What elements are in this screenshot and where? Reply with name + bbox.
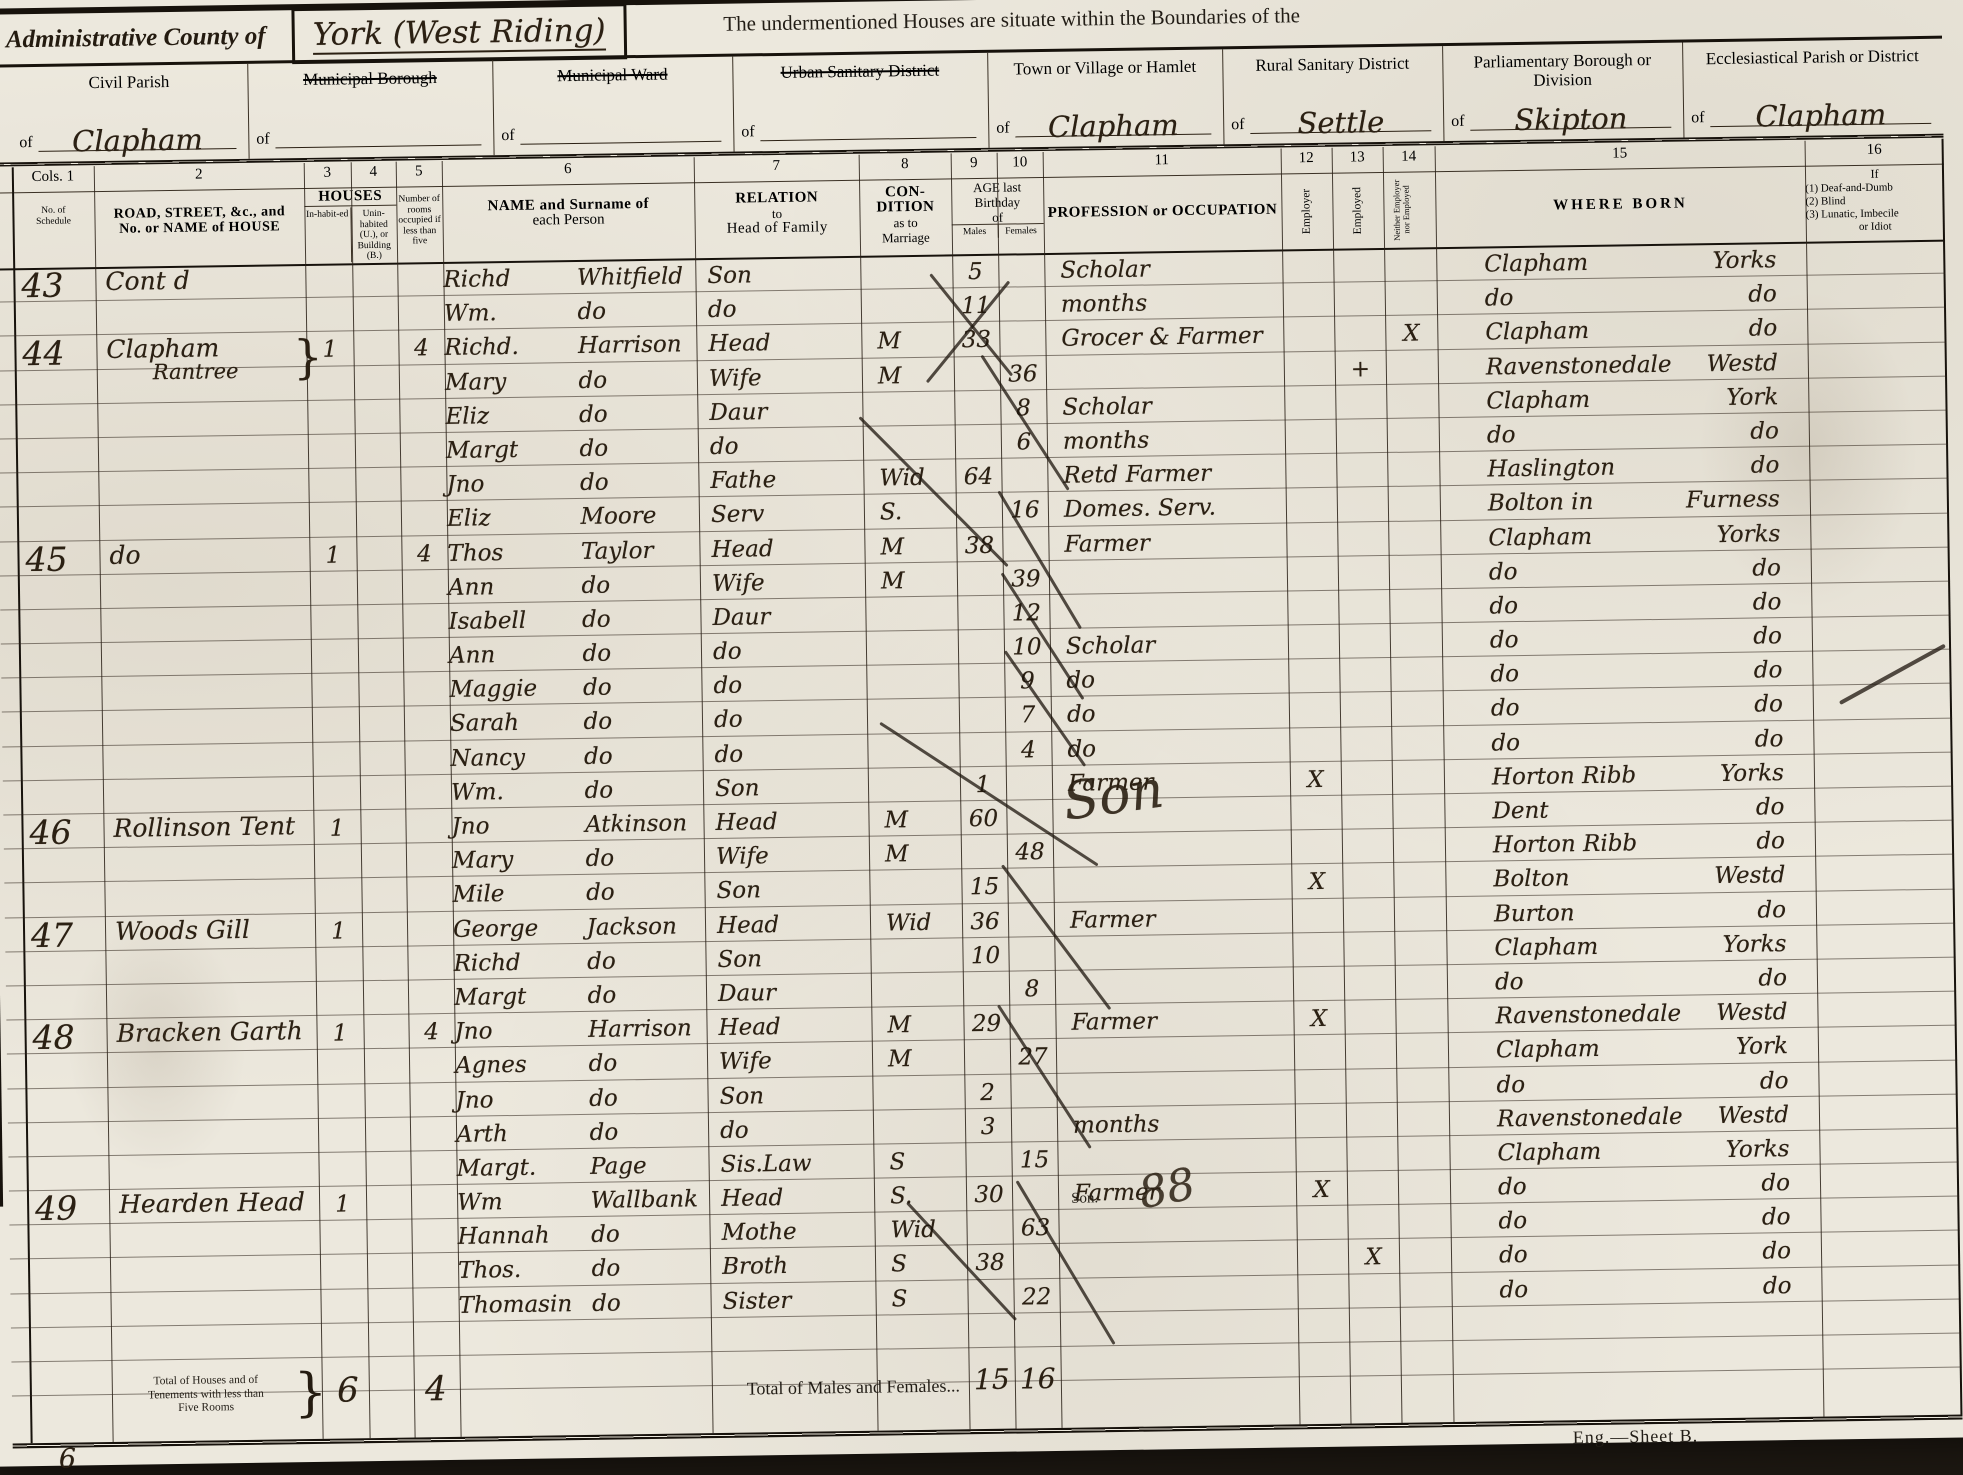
neither-mark (1395, 999, 1447, 1033)
houses-inhabited-value: 1 (319, 1186, 366, 1220)
rooms-value (404, 706, 450, 740)
age-female (1006, 766, 1052, 800)
employed-mark: X (1348, 1239, 1399, 1273)
houses-inhabited-value (320, 1255, 367, 1289)
houses-inhabited-value (312, 742, 359, 776)
houses-inhabited-value: 1 (309, 537, 356, 571)
rooms-value (407, 946, 453, 980)
employer-mark: X (1291, 864, 1342, 898)
relation-value: Head (709, 1179, 886, 1215)
surname: do (582, 640, 611, 669)
surname: do (584, 742, 613, 771)
house-cell (104, 879, 324, 915)
relation-value: do (698, 426, 875, 462)
schedule-number (17, 506, 107, 540)
schedule-number (29, 1327, 119, 1361)
house-cell (109, 1221, 329, 1257)
rooms-value (398, 296, 444, 330)
born-county: do (1754, 691, 1783, 720)
employed-mark (1333, 248, 1384, 282)
age-female (1007, 868, 1053, 902)
born-place: Bolton (1493, 865, 1569, 895)
schedule-number: 43 (13, 267, 103, 301)
relation-value: Head (703, 803, 880, 839)
location-parliamentary: Parliamentary Borough or Division of Ski… (1442, 43, 1684, 142)
age-male (958, 664, 1004, 698)
houses-inhabited-value (314, 879, 361, 913)
employed-mark (1344, 966, 1395, 1000)
employed-mark: + (1335, 351, 1386, 385)
age-female (1010, 1073, 1056, 1107)
rooms-value (407, 911, 453, 945)
col-number-1: Cols. 1 (12, 168, 94, 186)
born-place: Clapham (1485, 317, 1589, 348)
rooms-value: 4 (398, 330, 444, 364)
born-county: do (1763, 1272, 1792, 1301)
employed-mark (1337, 487, 1388, 521)
occupation-value: Farmer (1048, 523, 1302, 560)
neither-mark (1388, 486, 1440, 520)
header-employer: Employer (1281, 173, 1333, 250)
born-place: Clapham (1484, 249, 1588, 280)
houses-total-label: Total of Houses and of Tenements with le… (116, 1373, 297, 1416)
occupation-value (1046, 352, 1300, 389)
rooms-value (412, 1287, 458, 1321)
employed-mark (1336, 453, 1387, 487)
schedule-number (18, 575, 108, 609)
house-cell: ClaphamRantree} (96, 332, 316, 368)
relation-value: Wife (704, 837, 881, 873)
employed-mark (1339, 624, 1390, 658)
schedule-number (26, 1156, 116, 1190)
neither-mark (1390, 623, 1442, 657)
schedule-number (20, 746, 110, 780)
rooms-value (413, 1322, 459, 1356)
age-male (961, 835, 1007, 869)
born-place: do (1498, 1207, 1527, 1236)
relation-value: do (696, 290, 873, 326)
born-county: Yorks (1720, 759, 1784, 789)
age-female (1011, 1108, 1057, 1142)
born-place: do (1485, 284, 1514, 313)
born-place: Clapham (1486, 386, 1590, 417)
forename: Jno (455, 1084, 589, 1115)
age-female (1008, 937, 1054, 971)
neither-mark (1386, 350, 1438, 384)
occupation-value (1053, 865, 1307, 902)
neither-mark (1395, 965, 1447, 999)
of-prefix: of (1691, 109, 1705, 127)
location-label: Rural Sanitary District (1222, 53, 1442, 75)
house-cell: Cont d (95, 264, 315, 300)
relation-value: Wife (700, 563, 877, 599)
house-cell (110, 1255, 330, 1291)
where-born: RavenstonedaleWestd (1447, 994, 1817, 1032)
neither-mark (1400, 1307, 1452, 1341)
rooms-value (403, 638, 449, 672)
employed-mark (1341, 761, 1392, 795)
surname: do (586, 879, 615, 908)
forename: Richd (453, 948, 587, 979)
header-rooms: Number of rooms occupied if less than fi… (396, 186, 443, 271)
house-name: Hearden Head (119, 1187, 305, 1219)
employed-mark (1334, 282, 1385, 316)
forename: Sarah (450, 708, 584, 739)
where-born: Dentdo (1444, 789, 1814, 827)
relation-value (711, 1315, 888, 1351)
employer-mark (1288, 625, 1339, 659)
occupation-value (1059, 1241, 1313, 1278)
col-number-8: 8 (859, 155, 951, 173)
where-born: BoltonWestd (1445, 857, 1815, 895)
location-label: Civil Parish (10, 71, 247, 94)
sheet-label: Eng.—Sheet B. (1573, 1425, 1699, 1448)
age-male: 2 (964, 1074, 1010, 1108)
person-name: Elizdo (445, 395, 697, 432)
schedule-number (15, 370, 105, 404)
employed-mark (1346, 1103, 1397, 1137)
employer-mark (1294, 1069, 1345, 1103)
schedule-number (27, 1224, 117, 1258)
occupation-value: Scholar (1044, 249, 1298, 286)
employer-mark (1295, 1138, 1346, 1172)
house-cell (104, 845, 324, 881)
header-uninhabited: Unin-habited (U.), or Building (B.) (350, 207, 397, 262)
forename: Isabell (448, 606, 582, 637)
location-town-village: Town or Village or Hamlet of Clapham (987, 49, 1224, 147)
rooms-value (403, 672, 449, 706)
employer-mark (1285, 420, 1336, 454)
house-name-line2 (110, 567, 320, 570)
rooms-value (402, 604, 448, 638)
houses-inhabited-value (316, 981, 363, 1015)
forename: Richd. (444, 332, 578, 363)
employed-mark (1338, 556, 1389, 590)
age-male (959, 732, 1005, 766)
where-born: ClaphamYorks (1436, 242, 1806, 280)
houses-inhabited-value (314, 844, 361, 878)
occupation-value: Scholar (1050, 625, 1304, 662)
occupation-value: do (1050, 659, 1304, 696)
where-born: dodo (1443, 686, 1813, 724)
born-county: do (1762, 1203, 1791, 1232)
employed-mark (1345, 1068, 1396, 1102)
born-county: do (1762, 1237, 1791, 1266)
person-name: Isabelldo (448, 600, 700, 637)
location-label: Ecclesiastical Parish or District (1682, 46, 1942, 69)
forename: Wm. (451, 777, 585, 808)
age-male (958, 630, 1004, 664)
person-name: Anndo (448, 566, 700, 603)
house-cell (101, 674, 321, 710)
forename: Jno (446, 469, 580, 500)
person-name: Wm.do (444, 292, 696, 329)
schedule-number: 49 (27, 1190, 117, 1224)
born-county: do (1760, 1067, 1789, 1096)
houses-inhabited-value (308, 434, 355, 468)
surname: Harrison (588, 1014, 692, 1045)
forename: Wm. (444, 298, 578, 329)
where-born: dodo (1447, 960, 1817, 998)
age-male (954, 390, 1000, 424)
born-place: Clapham (1494, 933, 1598, 964)
col-number-14: 14 (1383, 148, 1435, 166)
employed-mark (1336, 419, 1387, 453)
surname: Page (590, 1152, 647, 1182)
houses-inhabited-value (307, 400, 354, 434)
born-place: Dent (1492, 797, 1549, 827)
age-male (968, 1313, 1014, 1347)
age-male: 1 (960, 766, 1006, 800)
location-civil-parish: Civil Parish of Clapham (10, 64, 249, 163)
relation-value: Daur (706, 973, 883, 1009)
col-number-9: 9 (951, 155, 997, 173)
person-name: Marydo (445, 361, 697, 398)
occupation-value (1049, 557, 1303, 594)
houses-inhabited-value (318, 1152, 365, 1186)
person-name: Margtdo (454, 976, 706, 1013)
house-cell (100, 606, 320, 642)
houses-inhabited-value (320, 1289, 367, 1323)
location-label: Municipal Ward (492, 64, 732, 87)
person-name: Maggiedo (449, 668, 701, 705)
employer-mark (1286, 488, 1337, 522)
employer-mark (1282, 249, 1333, 283)
surname: do (584, 776, 613, 805)
houses-inhabited-value (315, 947, 362, 981)
neither-mark (1399, 1273, 1451, 1307)
location-label: Municipal Borough (247, 67, 492, 90)
forename: Mile (452, 879, 586, 910)
born-place: do (1489, 592, 1518, 621)
col-number-5: 5 (396, 163, 442, 181)
houses-inhabited-value (310, 605, 357, 639)
age-female (998, 253, 1044, 287)
person-name: RichdWhitfield (443, 258, 695, 295)
house-name: do (109, 540, 140, 569)
house-cell (100, 571, 320, 607)
age-male (964, 1040, 1010, 1074)
header-relation: RELATION to Head of Family (694, 180, 860, 268)
rooms-value (410, 1151, 456, 1185)
schedule-number (20, 711, 110, 745)
age-female: 8 (1009, 971, 1055, 1005)
born-place: Bolton in (1488, 488, 1594, 519)
age-male: 36 (962, 903, 1008, 937)
rooms-value (406, 843, 452, 877)
col-number-10: 10 (997, 154, 1043, 172)
neither-mark (1396, 1068, 1448, 1102)
females-total: 16 (1015, 1362, 1061, 1396)
born-county: Yorks (1712, 246, 1776, 276)
employer-mark (1287, 591, 1338, 625)
occupation-value: Farmer (1054, 899, 1308, 936)
neither-mark (1393, 828, 1445, 862)
born-place: Haslington (1487, 454, 1615, 485)
houses-total-brace: } (293, 1363, 327, 1423)
age-male: 30 (966, 1177, 1012, 1211)
born-place: do (1496, 1070, 1525, 1099)
age-male: 10 (962, 937, 1008, 971)
location-urban-sanitary: Urban Sanitary District of (732, 53, 989, 152)
born-place: Ravenstonedale (1497, 1102, 1683, 1134)
born-county: do (1756, 827, 1785, 856)
relation-value: Head (706, 1008, 883, 1044)
col-number-11: 11 (1043, 151, 1281, 172)
person-name: WmWallbank (457, 1181, 709, 1218)
house-cell (98, 469, 318, 505)
schedule-number: 44 (14, 335, 104, 369)
age-male: 60 (960, 801, 1006, 835)
occupation-value: Retd Farmer (1047, 454, 1301, 491)
person-name (459, 1318, 711, 1355)
born-county: Westd (1716, 998, 1788, 1028)
col-number-13: 13 (1332, 149, 1383, 167)
schedule-number (22, 882, 112, 916)
houses-inhabited-value (311, 639, 358, 673)
houses-inhabited-value: 1 (316, 1015, 363, 1049)
rooms-value (408, 980, 454, 1014)
age-female (1008, 903, 1054, 937)
age-male (957, 596, 1003, 630)
person-name: Richddo (453, 942, 705, 979)
surname: do (585, 845, 614, 874)
employed-mark (1340, 727, 1391, 761)
location-label: Urban Sanitary District (732, 60, 987, 83)
employed-mark (1338, 590, 1389, 624)
employer-mark (1287, 556, 1338, 590)
neither-mark (1392, 760, 1444, 794)
age-male: 3 (965, 1108, 1011, 1142)
employer-mark: X (1290, 761, 1341, 795)
of-prefix: of (256, 131, 270, 149)
age-female: 6 (1001, 424, 1047, 458)
born-county: Westd (1718, 1101, 1790, 1131)
rooms-value (405, 775, 451, 809)
age-female (999, 321, 1045, 355)
relation-value: Wife (707, 1042, 884, 1078)
of-prefix: of (501, 127, 515, 145)
born-county: do (1761, 1169, 1790, 1198)
employer-mark (1297, 1274, 1348, 1308)
neither-mark (1399, 1239, 1451, 1273)
person-name: Thomasindo (458, 1284, 710, 1321)
person-name: Hannahdo (457, 1215, 709, 1252)
employer-mark (1283, 283, 1334, 317)
person-name: Arthdo (456, 1113, 708, 1150)
employed-mark (1334, 316, 1385, 350)
houses-inhabited-value (311, 673, 358, 707)
neither-mark (1398, 1204, 1450, 1238)
location-value: Clapham (72, 124, 203, 156)
age-male (959, 698, 1005, 732)
relation-value: Head (699, 529, 876, 565)
employer-mark (1285, 454, 1336, 488)
relation-value: Son (703, 768, 880, 804)
born-county: Yorks (1722, 930, 1786, 960)
employer-mark (1289, 693, 1340, 727)
person-name: Agnesdo (455, 1044, 707, 1081)
occupation-value (1058, 1206, 1312, 1243)
surname: do (578, 366, 607, 395)
houses-inhabited-value (317, 1050, 364, 1084)
where-born: dodo (1450, 1165, 1820, 1203)
relation-value: Son (695, 256, 872, 292)
neither-mark (1391, 726, 1443, 760)
rooms-value (412, 1253, 458, 1287)
person-name: Anndo (449, 634, 701, 671)
surname: do (579, 400, 608, 429)
employed-mark (1339, 658, 1390, 692)
house-cell (102, 708, 322, 744)
employed-mark (1340, 692, 1391, 726)
neither-mark (1394, 897, 1446, 931)
houses-inhabited-value: 1 (306, 332, 353, 366)
where-born: dodo (1448, 1062, 1818, 1100)
of-prefix: of (1451, 113, 1465, 131)
of-prefix: of (19, 134, 33, 152)
neither-mark (1388, 521, 1440, 555)
houses-inhabited-value (313, 776, 360, 810)
location-value: Clapham (1755, 100, 1886, 132)
forename: George (453, 913, 587, 944)
houses-inhabited-value (321, 1323, 368, 1357)
rooms-value (399, 399, 445, 433)
born-place: do (1499, 1276, 1528, 1305)
neither-mark (1386, 384, 1438, 418)
born-place: do (1499, 1241, 1528, 1270)
employed-mark (1348, 1273, 1399, 1307)
houses-inhabited-value (309, 503, 356, 537)
rooms-value: 4 (401, 535, 447, 569)
admin-county-label: Administrative County of (6, 23, 266, 55)
houses-inhabited-value (306, 297, 353, 331)
employer-mark (1297, 1240, 1348, 1274)
forename: Wm (457, 1187, 591, 1218)
born-county: do (1754, 656, 1783, 685)
age-male (955, 425, 1001, 459)
houses-total-inhabited: 6 (328, 1370, 369, 1411)
location-value: Settle (1297, 107, 1384, 138)
employer-mark (1283, 317, 1334, 351)
occupation-value: months (1047, 420, 1301, 457)
surname: do (582, 605, 611, 634)
schedule-number (19, 643, 109, 677)
age-female: 15 (1011, 1142, 1057, 1176)
relation-value: do (708, 1110, 885, 1146)
houses-total-rooms: 4 (416, 1369, 457, 1410)
age-female: 22 (1013, 1279, 1059, 1313)
employer-mark (1293, 967, 1344, 1001)
schedule-number: 45 (17, 540, 107, 574)
houses-inhabited-value (317, 1084, 364, 1118)
born-place: Clapham (1496, 1035, 1600, 1066)
surname: do (587, 947, 616, 976)
occupation-value: do (1051, 694, 1305, 731)
born-place: Clapham (1497, 1138, 1601, 1169)
schedule-number (28, 1292, 118, 1326)
col-number-15: 15 (1435, 143, 1805, 165)
born-county: do (1753, 622, 1782, 651)
header-inhabited: In-habit-ed (304, 207, 350, 262)
relation-value: Serv (699, 495, 876, 531)
houses-inhabited-value (305, 263, 352, 297)
forename: Thos (447, 537, 581, 568)
person-name: Thos.do (458, 1250, 710, 1287)
occupation-value: months (1045, 283, 1299, 320)
person-name: Margt.Page (456, 1147, 708, 1184)
rooms-value (400, 467, 446, 501)
